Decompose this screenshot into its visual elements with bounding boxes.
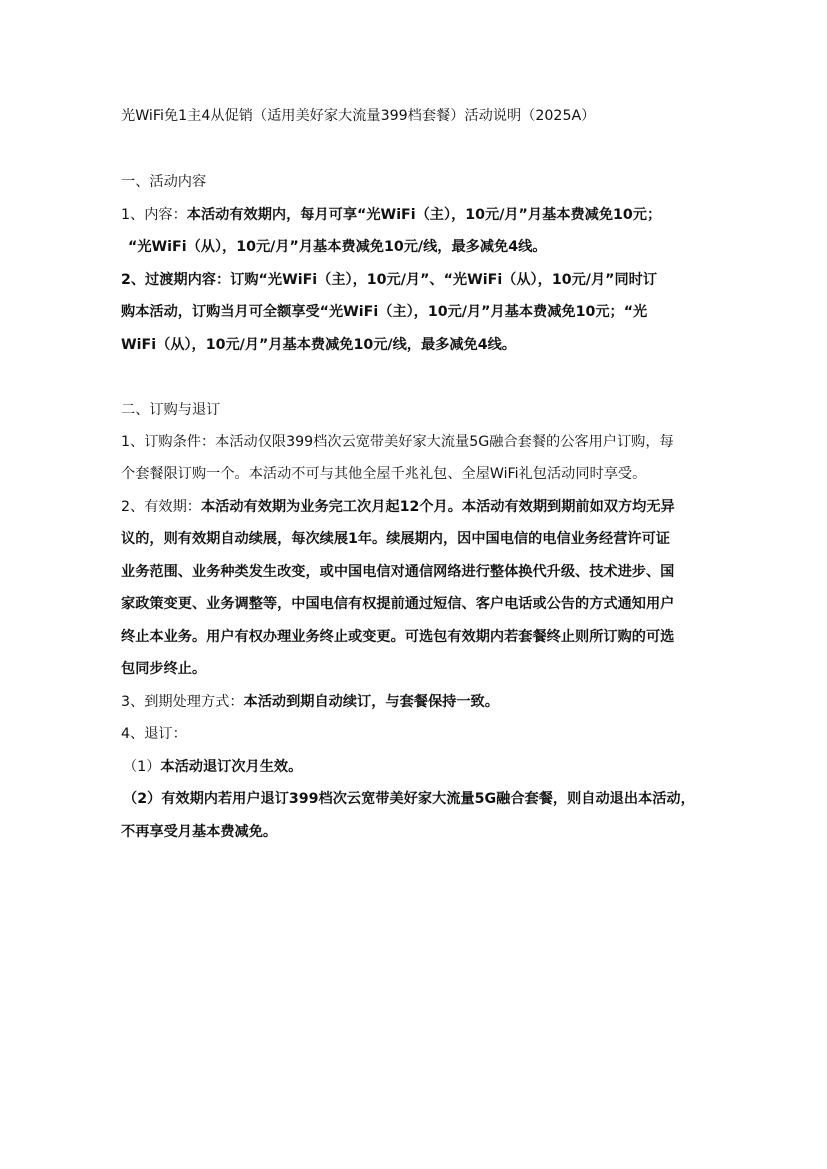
bold-text: 本活动退订次月生效。 [160, 759, 302, 775]
paragraph-line: （1）本活动退订次月生效。 [123, 757, 302, 777]
paragraph-line: 3、到期处理方式：本活动到期自动续订，与套餐保持一致。 [121, 692, 499, 712]
paragraph-line: 1、内容：本活动有效期内，每月可享“光WiFi（主），10元/月”月基本费减免1… [121, 205, 661, 225]
paragraph-line: 个套餐限订购一个。本活动不可与其他全屋千兆礼包、全屋WiFi礼包活动同时享受。 [121, 464, 646, 484]
paragraph-line: （2）有效期内若用户退订399档次云宽带美好家大流量5G融合套餐，则自动退出本活… [123, 789, 695, 809]
bold-text: 本活动有效期为业务完工次月起12个月。本活动有效期到期前如双方均无异 [201, 499, 675, 515]
label-text: 3、到期处理方式： [121, 694, 244, 710]
bold-text: 终止本业务。用户有权办理业务终止或变更。可选包有效期内若套餐终止则所订购的可选 [121, 629, 674, 645]
paragraph-line: 4、退订： [121, 724, 187, 744]
bold-text: 家政策变更、业务调整等，中国电信有权提前通过短信、客户电话或公告的方式通知用户 [121, 596, 674, 612]
bold-text: 2、过渡期内容：订购“光WiFi（主），10元/月”、“光WiFi（从），10元… [121, 272, 657, 288]
bold-text: 购本活动，订购当月可全额享受“光WiFi（主），10元/月”月基本费减免10元；… [121, 304, 647, 320]
bold-text: 议的，则有效期自动续展，每次续展1年。续展期内，因中国电信的电信业务经营许可证 [121, 531, 670, 547]
bold-text: （2）有效期内若用户退订399档次云宽带美好家大流量5G融合套餐，则自动退出本活… [123, 791, 695, 807]
bold-text: 不再享受月基本费减免。 [121, 824, 277, 840]
bold-text: “光WiFi（从），10元/月”月基本费减免10元/线，最多减免4线。 [128, 239, 546, 255]
paragraph-line: WiFi（从），10元/月”月基本费减免10元/线，最多减免4线。 [121, 335, 516, 355]
section-heading-1: 一、活动内容 [121, 172, 206, 192]
paragraph-line: 1、订购条件：本活动仅限399档次云宽带美好家大流量5G融合套餐的公客用户订购，… [121, 432, 674, 452]
paragraph-line: “光WiFi（从），10元/月”月基本费减免10元/线，最多减免4线。 [128, 237, 546, 257]
paragraph-line: 家政策变更、业务调整等，中国电信有权提前通过短信、客户电话或公告的方式通知用户 [121, 594, 674, 614]
section-heading-2: 二、订购与退订 [121, 400, 220, 420]
paragraph-line: 业务范围、业务种类发生改变，或中国电信对通信网络进行整体换代升级、技术进步、国 [121, 562, 674, 582]
plain-text: 1、订购条件：本活动仅限399档次云宽带美好家大流量5G融合套餐的公客用户订购，… [121, 434, 674, 450]
paragraph-line: 议的，则有效期自动续展，每次续展1年。续展期内，因中国电信的电信业务经营许可证 [121, 529, 670, 549]
label-text: 1、内容： [121, 207, 187, 223]
document-page: 光WiFi免1主4从促销（适用美好家大流量399档套餐）活动说明（2025A） … [0, 0, 827, 1169]
label-text: 4、退订： [121, 726, 187, 742]
paragraph-line: 购本活动，订购当月可全额享受“光WiFi（主），10元/月”月基本费减免10元；… [121, 302, 647, 322]
label-text: 2、有效期： [121, 499, 201, 515]
document-title: 光WiFi免1主4从促销（适用美好家大流量399档套餐）活动说明（2025A） [121, 106, 595, 126]
paragraph-line: 2、过渡期内容：订购“光WiFi（主），10元/月”、“光WiFi（从），10元… [121, 270, 657, 290]
paragraph-line: 2、有效期：本活动有效期为业务完工次月起12个月。本活动有效期到期前如双方均无异 [121, 497, 675, 517]
bold-text: 包同步终止。 [121, 661, 206, 677]
bold-text: WiFi（从），10元/月”月基本费减免10元/线，最多减免4线。 [121, 337, 516, 353]
bold-text: 业务范围、业务种类发生改变，或中国电信对通信网络进行整体换代升级、技术进步、国 [121, 564, 674, 580]
plain-text: 个套餐限订购一个。本活动不可与其他全屋千兆礼包、全屋WiFi礼包活动同时享受。 [121, 466, 646, 482]
bold-text: 本活动到期自动续订，与套餐保持一致。 [244, 694, 499, 710]
paragraph-line: 不再享受月基本费减免。 [121, 822, 277, 842]
paragraph-line: 终止本业务。用户有权办理业务终止或变更。可选包有效期内若套餐终止则所订购的可选 [121, 627, 674, 647]
label-text: （1） [123, 759, 160, 775]
paragraph-line: 包同步终止。 [121, 659, 206, 679]
bold-text: 本活动有效期内，每月可享“光WiFi（主），10元/月”月基本费减免10元； [187, 207, 661, 223]
